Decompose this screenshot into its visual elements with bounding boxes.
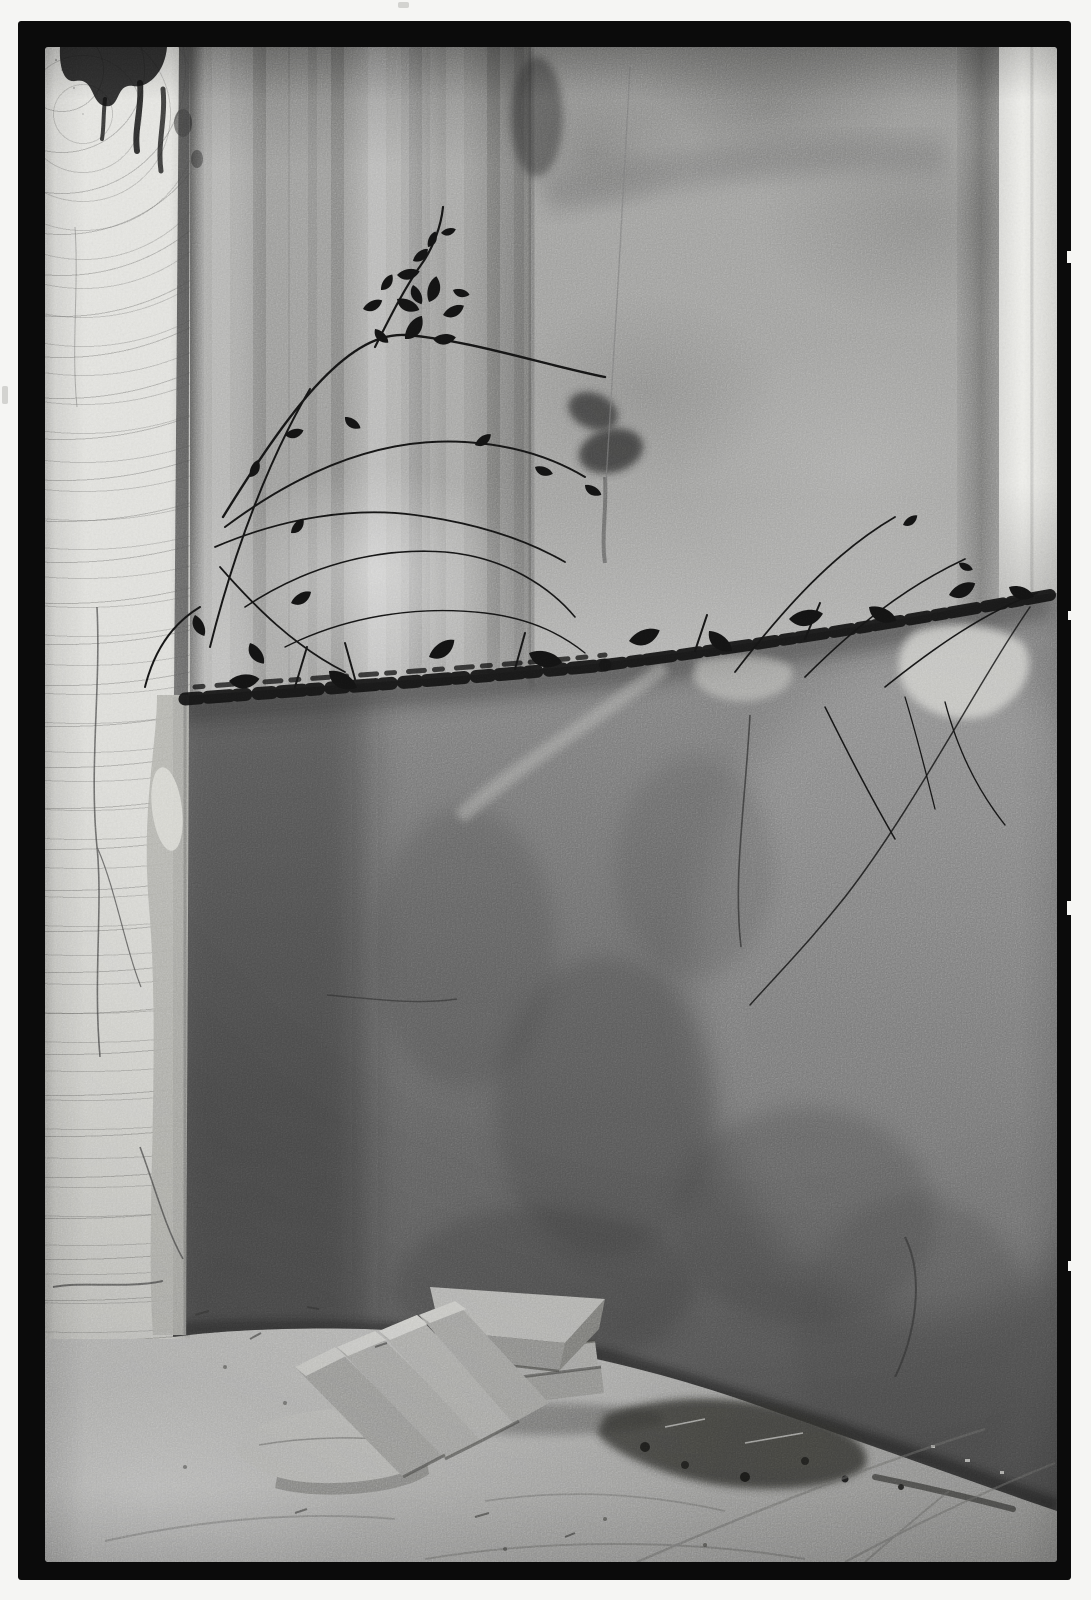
paper-blemish [2, 386, 8, 404]
film-grain-coarse [45, 47, 1057, 1562]
frame-rough-edge [1067, 901, 1071, 915]
frame-rough-edge [1068, 1261, 1071, 1271]
frame-rough-edge [1067, 251, 1071, 263]
photograph [45, 47, 1057, 1562]
photo-print-scan [0, 0, 1091, 1600]
paper-blemish [398, 2, 409, 8]
frame-rough-edge [1068, 611, 1071, 620]
